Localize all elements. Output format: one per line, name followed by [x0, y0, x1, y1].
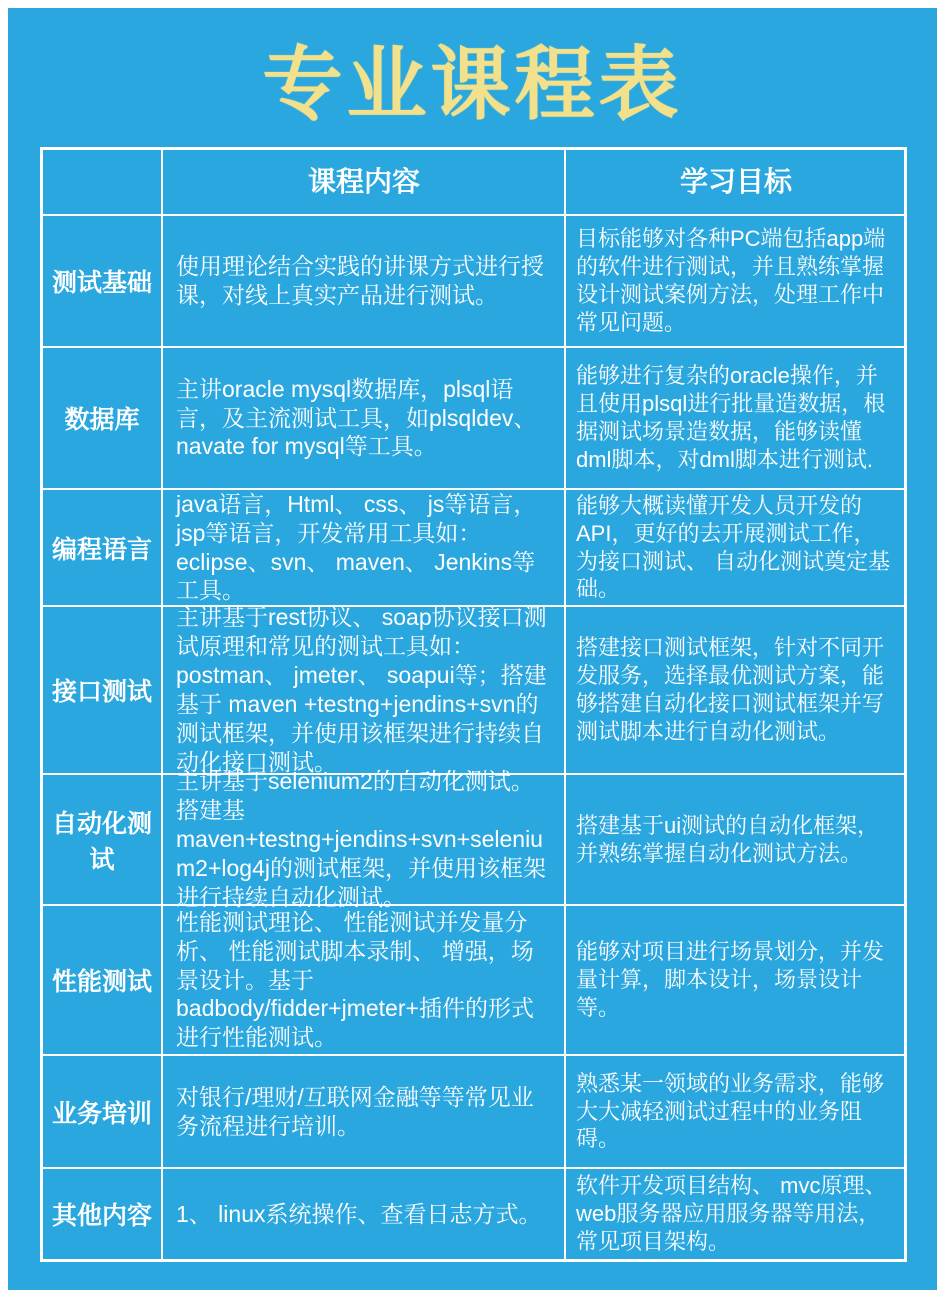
course-content-cell: 主讲oracle mysql数据库，plsql语言，及主流测试工具，如plsql…	[163, 348, 566, 488]
learning-goal-cell: 软件开发项目结构、 mvc原理、 web服务器应用服务器等用法，常见项目架构。	[566, 1169, 904, 1259]
header-learning-goal: 学习目标	[566, 150, 904, 214]
table-row-programming-language: 编程语言 java语言，Html、 css、 js等语言，jsp等语言，开发常用…	[43, 488, 904, 605]
course-content-cell: 主讲基于rest协议、 soap协议接口测试原理和常见的测试工具如：postma…	[163, 607, 566, 773]
learning-goal-cell: 目标能够对各种PC端包括app端的软件进行测试，并且熟练掌握设计测试案例方法，处…	[566, 216, 904, 346]
header-blank-cell	[43, 150, 163, 214]
table-header-row: 课程内容 学习目标	[43, 150, 904, 214]
course-content-cell: java语言，Html、 css、 js等语言，jsp等语言，开发常用工具如：e…	[163, 490, 566, 605]
course-table: 课程内容 学习目标 测试基础 使用理论结合实践的讲课方式进行授课，对线上真实产品…	[40, 147, 907, 1262]
course-content-cell: 使用理论结合实践的讲课方式进行授课，对线上真实产品进行测试。	[163, 216, 566, 346]
table-row-automation-testing: 自动化测试 主讲基于selenium2的自动化测试。搭建基maven+testn…	[43, 773, 904, 904]
row-label-cell: 业务培训	[43, 1056, 163, 1167]
poster-page: 专业课程表 课程内容 学习目标 测试基础 使用理论结合实践的讲课方式进行授课，对…	[0, 0, 945, 1297]
table-row-database: 数据库 主讲oracle mysql数据库，plsql语言，及主流测试工具，如p…	[43, 346, 904, 488]
table-row-other-content: 其他内容 1、 linux系统操作、查看日志方式。 软件开发项目结构、 mvc原…	[43, 1167, 904, 1259]
blue-panel: 专业课程表 课程内容 学习目标 测试基础 使用理论结合实践的讲课方式进行授课，对…	[8, 8, 937, 1290]
title-band: 专业课程表	[8, 8, 937, 147]
page-title: 专业课程表	[263, 20, 683, 135]
course-content-cell: 对银行/理财/互联网金融等等常见业务流程进行培训。	[163, 1056, 566, 1167]
course-content-cell: 性能测试理论、 性能测试并发量分析、 性能测试脚本录制、 增强，场景设计。基于 …	[163, 906, 566, 1054]
learning-goal-cell: 搭建基于ui测试的自动化框架，并熟练掌握自动化测试方法。	[566, 775, 904, 904]
table-row-business-training: 业务培训 对银行/理财/互联网金融等等常见业务流程进行培训。 熟悉某一领域的业务…	[43, 1054, 904, 1167]
course-content-cell: 1、 linux系统操作、查看日志方式。	[163, 1169, 566, 1259]
learning-goal-cell: 能够大概读懂开发人员开发的API，更好的去开展测试工作，为接口测试、 自动化测试…	[566, 490, 904, 605]
learning-goal-cell: 熟悉某一领域的业务需求，能够大大减轻测试过程中的业务阻碍。	[566, 1056, 904, 1167]
table-row-performance-testing: 性能测试 性能测试理论、 性能测试并发量分析、 性能测试脚本录制、 增强，场景设…	[43, 904, 904, 1054]
table-row-test-basics: 测试基础 使用理论结合实践的讲课方式进行授课，对线上真实产品进行测试。 目标能够…	[43, 214, 904, 346]
row-label-cell: 自动化测试	[43, 775, 163, 904]
learning-goal-cell: 能够对项目进行场景划分，并发量计算，脚本设计，场景设计等。	[566, 906, 904, 1054]
header-course-content: 课程内容	[163, 150, 566, 214]
course-content-cell: 主讲基于selenium2的自动化测试。搭建基maven+testng+jend…	[163, 775, 566, 904]
table-row-api-testing: 接口测试 主讲基于rest协议、 soap协议接口测试原理和常见的测试工具如：p…	[43, 605, 904, 773]
learning-goal-cell: 搭建接口测试框架，针对不同开发服务，选择最优测试方案，能够搭建自动化接口测试框架…	[566, 607, 904, 773]
row-label-cell: 性能测试	[43, 906, 163, 1054]
row-label-cell: 编程语言	[43, 490, 163, 605]
row-label-cell: 测试基础	[43, 216, 163, 346]
learning-goal-cell: 能够进行复杂的oracle操作，并且使用plsql进行批量造数据，根据测试场景造…	[566, 348, 904, 488]
row-label-cell: 其他内容	[43, 1169, 163, 1259]
row-label-cell: 接口测试	[43, 607, 163, 773]
row-label-cell: 数据库	[43, 348, 163, 488]
